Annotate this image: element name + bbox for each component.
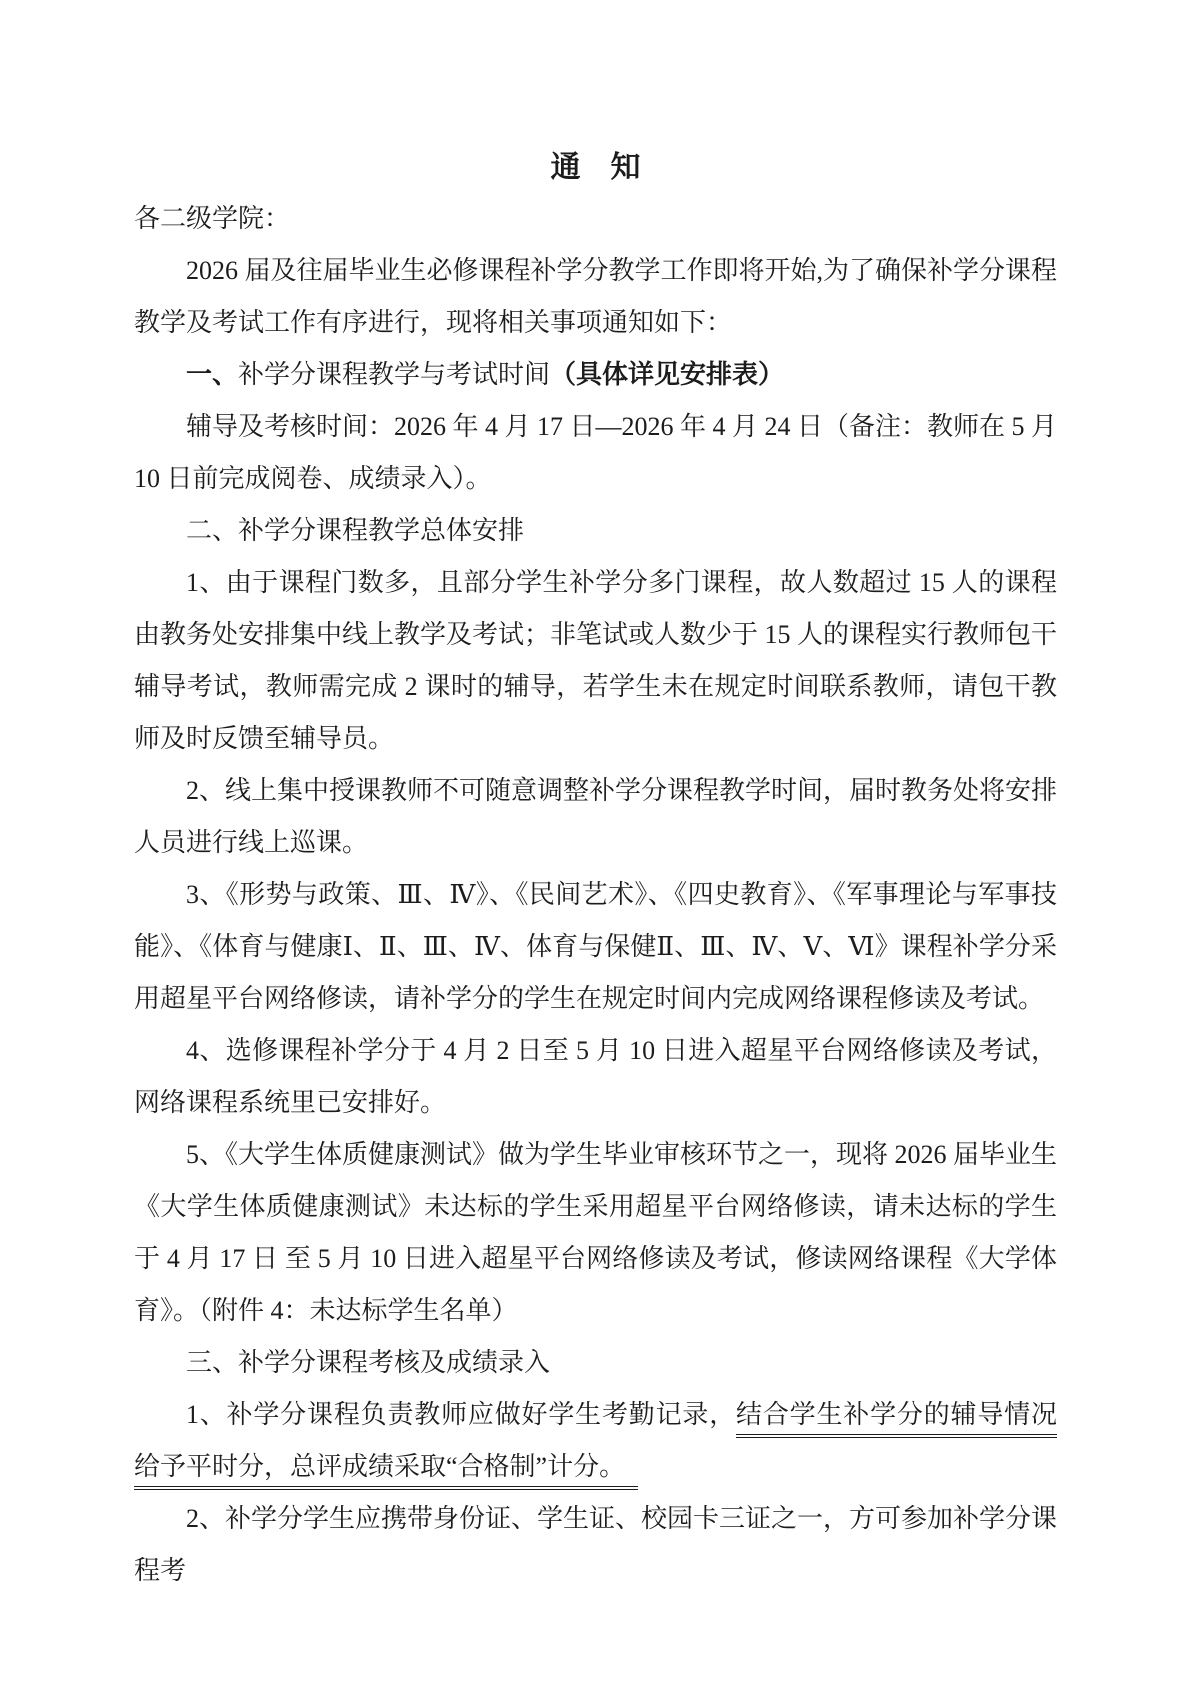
bold-run: 一、 bbox=[186, 360, 238, 389]
notice-page: 通 知 各二级学院： 2026 届及往届毕业生必修课程补学分教学工作即将开始,为… bbox=[0, 0, 1191, 1684]
text-run: 二、补学分课程教学总体安排 bbox=[186, 516, 524, 545]
section-3-heading: 三、补学分课程考核及成绩录入 bbox=[134, 1337, 1057, 1389]
salutation: 各二级学院： bbox=[134, 193, 1057, 245]
section-2-item-2: 2、线上集中授课教师不可随意调整补学分课程教学时间，届时教务处将安排人员进行线上… bbox=[134, 765, 1057, 869]
text-run: 2、补学分学生应携带身份证、学生证、校园卡三证之一，方可参加补学分课程考 bbox=[134, 1504, 1057, 1585]
page-title: 通 知 bbox=[134, 150, 1057, 186]
section-1-heading: 一、补学分课程教学与考试时间（具体详见安排表） bbox=[134, 349, 1057, 401]
text-run: 辅导及考核时间：2026 年 4 月 17 日—2026 年 4 月 24 日（… bbox=[134, 412, 1057, 493]
text-run: 2、线上集中授课教师不可随意调整补学分课程教学时间，届时教务处将安排人员进行线上… bbox=[134, 776, 1057, 857]
text-run: 1、由于课程门数多，且部分学生补学分多门课程，故人数超过 15 人的课程由教务处… bbox=[134, 568, 1057, 753]
text-run: 三、补学分课程考核及成绩录入 bbox=[186, 1348, 550, 1377]
text-run: 4、选修课程补学分于 4 月 2 日至 5 月 10 日进入超星平台网络修读及考… bbox=[134, 1036, 1057, 1117]
text-run: 3、《形势与政策、Ⅲ、Ⅳ》、《民间艺术》、《四史教育》、《军事理论与军事技能》、… bbox=[134, 880, 1057, 1013]
section-3-item-1: 1、补学分课程负责教师应做好学生考勤记录，结合学生补学分的辅导情况给予平时分，总… bbox=[134, 1389, 1057, 1493]
text-run: 2026 届及往届毕业生必修课程补学分教学工作即将开始,为了确保补学分课程教学及… bbox=[134, 256, 1057, 337]
text-run: 补学分课程教学与考试时间 bbox=[238, 360, 550, 389]
section-2-item-1: 1、由于课程门数多，且部分学生补学分多门课程，故人数超过 15 人的课程由教务处… bbox=[134, 557, 1057, 765]
bold-run: （具体详见安排表） bbox=[550, 360, 784, 389]
section-2-item-5: 5、《大学生体质健康测试》做为学生毕业审核环节之一，现将 2026 届毕业生《大… bbox=[134, 1129, 1057, 1337]
text-run: 1、补学分课程负责教师应做好学生考勤记录， bbox=[186, 1400, 736, 1429]
section-2-item-4: 4、选修课程补学分于 4 月 2 日至 5 月 10 日进入超星平台网络修读及考… bbox=[134, 1025, 1057, 1129]
section-2-heading: 二、补学分课程教学总体安排 bbox=[134, 505, 1057, 557]
section-3-item-2: 2、补学分学生应携带身份证、学生证、校园卡三证之一，方可参加补学分课程考 bbox=[134, 1493, 1057, 1597]
section-2-item-3: 3、《形势与政策、Ⅲ、Ⅳ》、《民间艺术》、《四史教育》、《军事理论与军事技能》、… bbox=[134, 869, 1057, 1025]
section-1-item-time: 辅导及考核时间：2026 年 4 月 17 日—2026 年 4 月 24 日（… bbox=[134, 401, 1057, 505]
intro-paragraph: 2026 届及往届毕业生必修课程补学分教学工作即将开始,为了确保补学分课程教学及… bbox=[134, 245, 1057, 349]
notice-content: 通 知 各二级学院： 2026 届及往届毕业生必修课程补学分教学工作即将开始,为… bbox=[134, 150, 1057, 1597]
text-run: 5、《大学生体质健康测试》做为学生毕业审核环节之一，现将 2026 届毕业生《大… bbox=[134, 1140, 1057, 1325]
notice-body: 各二级学院： 2026 届及往届毕业生必修课程补学分教学工作即将开始,为了确保补… bbox=[134, 193, 1057, 1597]
